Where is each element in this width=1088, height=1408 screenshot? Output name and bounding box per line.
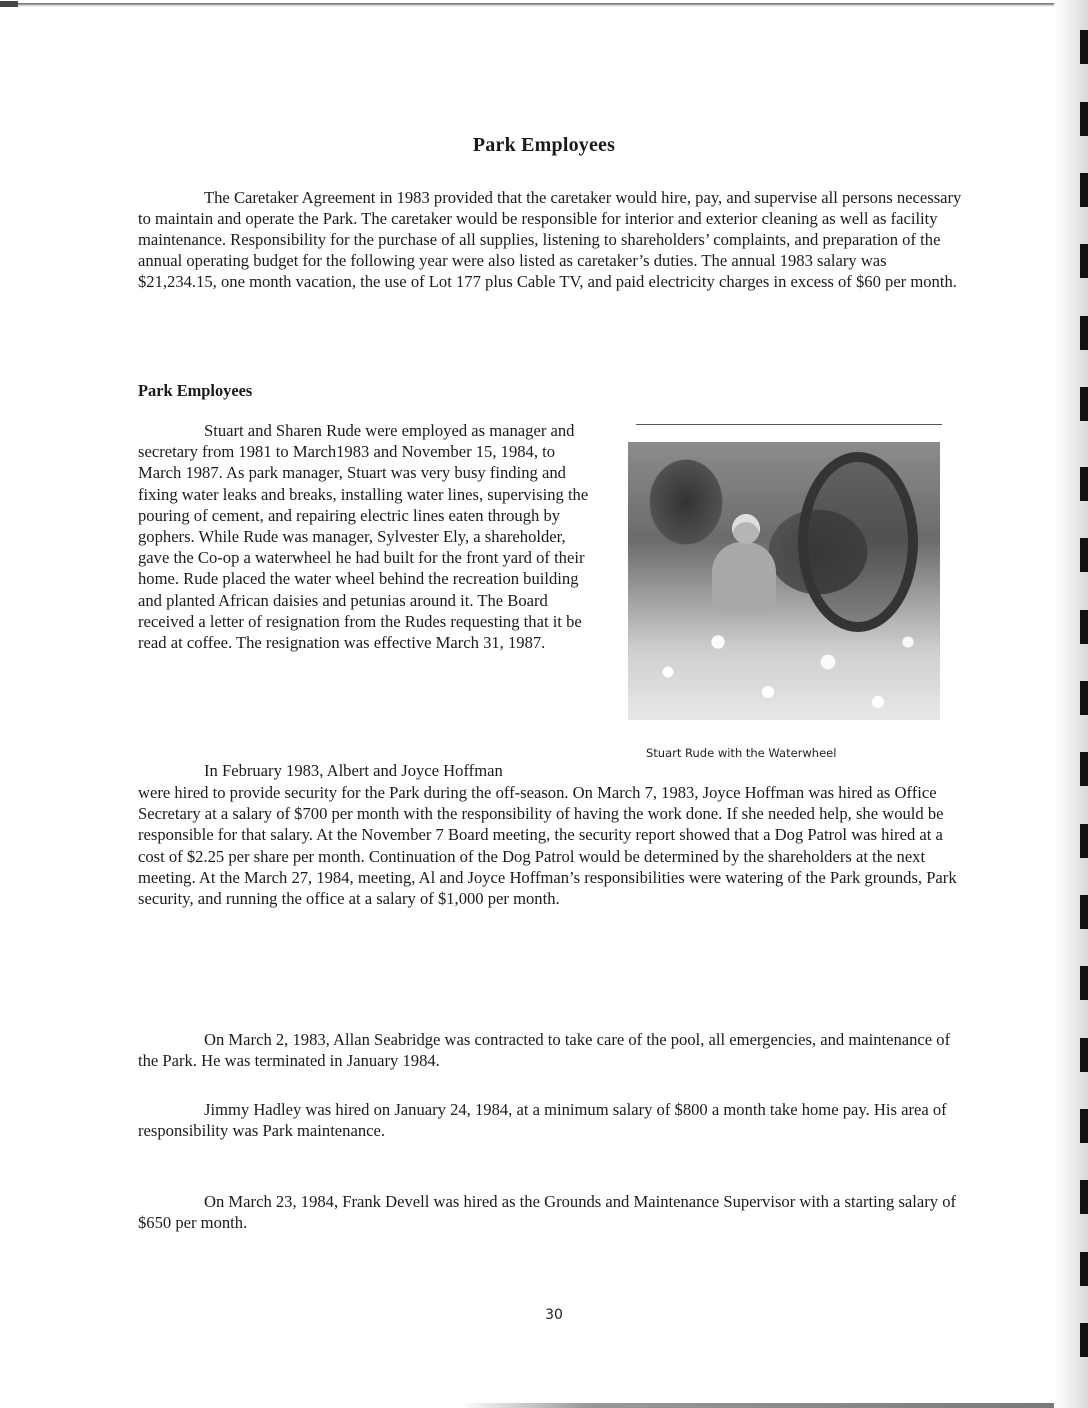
page-title: Park Employees bbox=[0, 134, 1088, 157]
waterwheel-photo bbox=[628, 442, 940, 720]
binding-hole bbox=[1080, 538, 1088, 572]
paragraph-caretaker-agreement: The Caretaker Agreement in 1983 provided… bbox=[138, 187, 968, 292]
photo-figure bbox=[622, 422, 940, 722]
binding-hole bbox=[1080, 681, 1088, 715]
section-heading: Park Employees bbox=[138, 381, 252, 401]
page-number: 30 bbox=[0, 1307, 1088, 1323]
paragraph-seabridge: On March 2, 1983, Allan Seabridge was co… bbox=[138, 1029, 968, 1071]
waterwheel-shape bbox=[798, 452, 918, 632]
binding-hole bbox=[1080, 1038, 1088, 1072]
paragraph-hoffman-first-line: In February 1983, Albert and Joyce Hoffm… bbox=[204, 761, 503, 781]
scan-bottom-edge bbox=[460, 1403, 1088, 1408]
binding-hole bbox=[1080, 610, 1088, 644]
scan-top-edge bbox=[0, 3, 1088, 7]
binding-hole bbox=[1080, 387, 1088, 421]
photo-border-line bbox=[636, 424, 942, 425]
binding-hole bbox=[1080, 895, 1088, 929]
binding-hole bbox=[1080, 102, 1088, 136]
binding-hole bbox=[1080, 30, 1088, 64]
paragraph-hadley: Jimmy Hadley was hired on January 24, 19… bbox=[138, 1099, 988, 1141]
binding-hole bbox=[1080, 1109, 1088, 1143]
binding-hole bbox=[1080, 467, 1088, 501]
person-head-shape bbox=[732, 514, 760, 544]
spiral-binding-edge bbox=[1054, 0, 1088, 1408]
binding-hole bbox=[1080, 1180, 1088, 1214]
binding-hole bbox=[1080, 316, 1088, 350]
binding-hole bbox=[1080, 966, 1088, 1000]
binding-hole bbox=[1080, 173, 1088, 207]
paragraph-hoffman: were hired to provide security for the P… bbox=[138, 782, 968, 909]
paragraph-rude: Stuart and Sharen Rude were employed as … bbox=[138, 420, 600, 653]
person-shape bbox=[712, 542, 776, 612]
paragraph-devell: On March 23, 1984, Frank Devell was hire… bbox=[138, 1191, 988, 1233]
binding-hole bbox=[1080, 752, 1088, 786]
binding-hole bbox=[1080, 1323, 1088, 1357]
binding-hole bbox=[1080, 244, 1088, 278]
photo-caption: Stuart Rude with the Waterwheel bbox=[646, 746, 836, 760]
binding-hole bbox=[1080, 824, 1088, 858]
binding-hole bbox=[1080, 1252, 1088, 1286]
